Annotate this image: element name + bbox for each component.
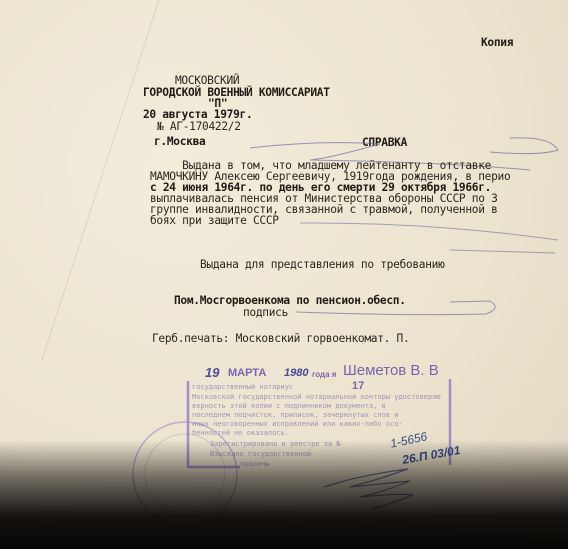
copy-label: Копия — [481, 37, 513, 48]
purpose-line: Выдана для представления по требованию — [200, 259, 445, 270]
org-line-2: ГОРОДСКОЙ ВОЕННЫЙ КОМИССАРИАТ — [143, 87, 330, 98]
seal-line: Герб.печать: Московский горвоенкомат. П. — [152, 333, 409, 344]
round-seal-icon — [115, 412, 245, 532]
body-end-line — [300, 220, 560, 260]
org-line-1: МОСКОВСКИЙ — [175, 75, 239, 86]
signature-label: подпись — [243, 307, 288, 318]
paper-fold — [0, 0, 159, 360]
body-line: боях при защите СССР — [150, 215, 279, 226]
notary-signature — [320, 465, 430, 515]
document-date: 20 августа 1979г. — [143, 109, 252, 120]
document-page: Копия МОСКОВСКИЙ ГОРОДСКОЙ ВОЕННЫЙ КОМИС… — [0, 0, 568, 549]
city: г.Москва — [154, 136, 205, 147]
signature-flourish — [290, 296, 510, 326]
document-number: № АГ-170422/2 — [157, 121, 241, 132]
